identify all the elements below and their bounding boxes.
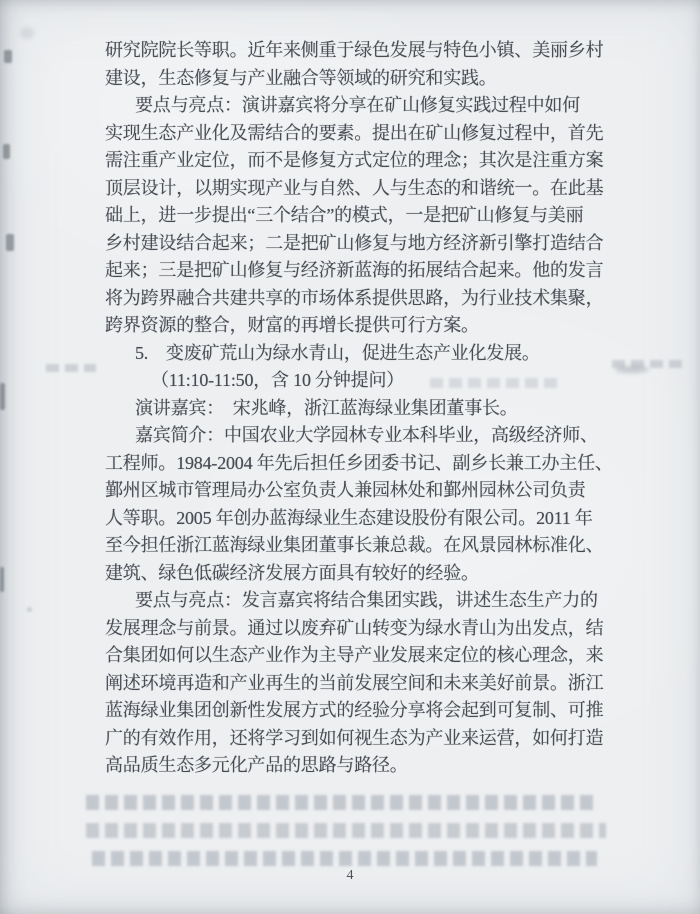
- text-line: 实现生态产业化及需结合的要素。提出在矿山修复过程中，首先: [105, 120, 610, 148]
- text-line: 至今担任浙江蓝海绿业集团董事长兼总裁。在风景园林标准化、: [105, 532, 610, 560]
- text-line: 要点与亮点：发言嘉宾将结合集团实践，讲述生态生产力的: [105, 587, 610, 615]
- bleed-through-row: [92, 851, 597, 866]
- document-text-block: 研究院院长等职。近年来侧重于绿色发展与特色小镇、美丽乡村建设，生态修复与产业融合…: [105, 37, 610, 780]
- bleed-through-fragment: [430, 378, 560, 388]
- scan-speck: [3, 144, 10, 159]
- scan-speck: [0, 567, 4, 592]
- text-line: 高品质生态多元化产品的思路与路径。: [105, 752, 610, 780]
- text-line: 将为跨界融合共建共享的市场体系提供思路，为行业技术集聚，: [105, 285, 610, 313]
- text-line: 5. 变废矿荒山为绿水青山，促进生态产业化发展。: [105, 340, 610, 368]
- text-line: 乡村建设结合起来；二是把矿山修复与地方经济新引擎打造结合: [105, 230, 610, 258]
- scan-speck: [4, 50, 12, 63]
- text-line: 建设，生态修复与产业融合等领域的研究和实践。: [105, 65, 610, 93]
- scan-smudge: [615, 366, 649, 373]
- text-line: 起来；三是把矿山修复与经济新蓝海的拓展结合起来。他的发言: [105, 257, 610, 285]
- text-line: 础上，进一步提出“三个结合”的模式，一是把矿山修复与美丽: [105, 202, 610, 230]
- text-line: 蓝海绿业集团创新性发展方式的经验分享将会起到可复制、可推: [105, 697, 610, 725]
- text-line: 顶层设计，以期实现产业与自然、人与生态的和谐统一。在此基: [105, 175, 610, 203]
- text-line: 发展理念与前景。通过以废弃矿山转变为绿水青山为出发点，结: [105, 615, 610, 643]
- text-line: 要点与亮点：演讲嘉宾将分享在矿山修复实践过程中如何: [105, 92, 610, 120]
- scan-speck: [27, 607, 32, 612]
- scan-speck: [0, 383, 5, 410]
- text-line: 鄞州区城市管理局办公室负责人兼园林处和鄞州园林公司负责: [105, 477, 610, 505]
- bleed-through-row: [86, 823, 606, 838]
- text-line: 研究院院长等职。近年来侧重于绿色发展与特色小镇、美丽乡村: [105, 37, 610, 65]
- text-line: 阐述环境再造和产业再生的当前发展空间和未来美好前景。浙江: [105, 670, 610, 698]
- text-line: 广的有效作用，还将学习到如何视生态为产业来运营，如何打造: [105, 725, 610, 753]
- text-line: 合集团如何以生态产业作为主导产业发展来定位的核心理念，来: [105, 642, 610, 670]
- bleed-through-fragment: [46, 364, 96, 372]
- text-line: 演讲嘉宾： 宋兆峰，浙江蓝海绿业集团董事长。: [105, 395, 610, 423]
- text-line: 嘉宾简介：中国农业大学园林专业本科毕业，高级经济师、: [105, 422, 610, 450]
- text-line: 建筑、绿色低碳经济发展方面具有较好的经验。: [105, 560, 610, 588]
- scan-speck: [6, 234, 14, 251]
- text-line: 人等职。2005 年创办蓝海绿业生态建设股份有限公司。2011 年: [105, 505, 610, 533]
- scanned-document-page: 研究院院长等职。近年来侧重于绿色发展与特色小镇、美丽乡村建设，生态修复与产业融合…: [0, 0, 700, 914]
- bleed-through-row: [86, 795, 598, 810]
- text-line: 需注重产业定位，而不是修复方式定位的理念；其次是注重方案: [105, 147, 610, 175]
- scan-smudge: [20, 27, 34, 39]
- text-line: 工程师。1984-2004 年先后担任乡团委书记、副乡长兼工办主任、: [105, 450, 610, 478]
- text-line: 跨界资源的整合，财富的再增长提供可行方案。: [105, 312, 610, 340]
- page-number: 4: [0, 866, 700, 886]
